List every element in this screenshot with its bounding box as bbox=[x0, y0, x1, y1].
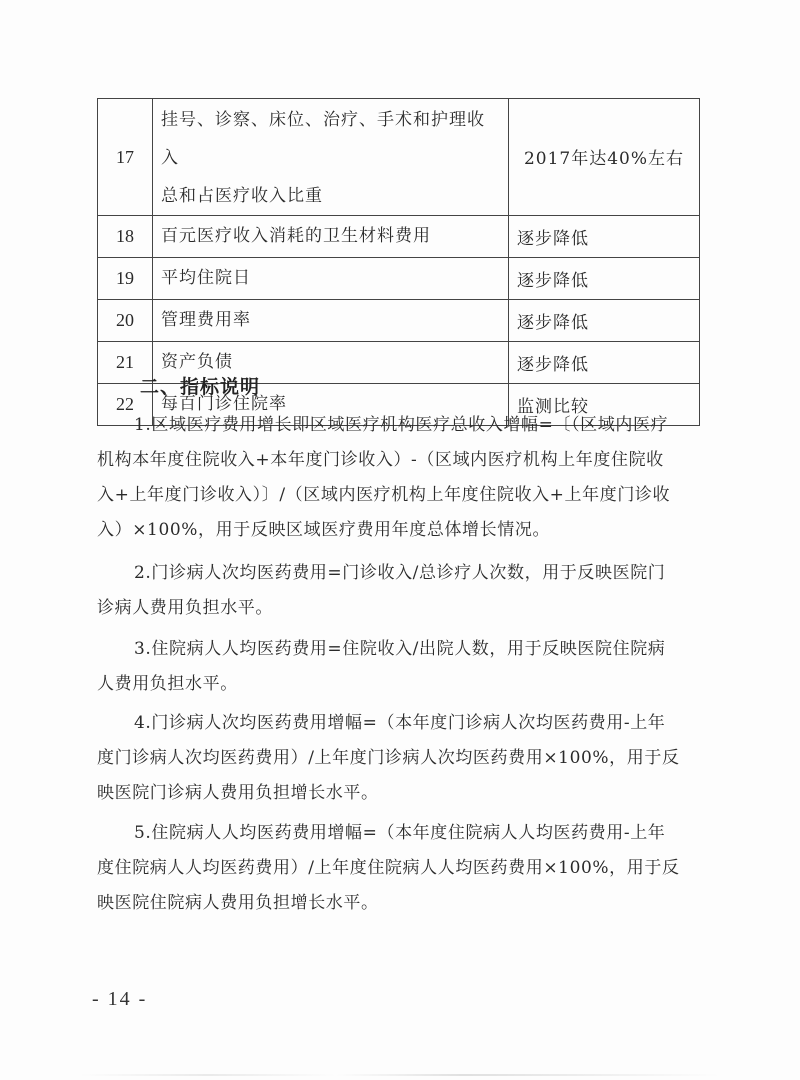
table-row: 19 平均住院日 逐步降低 bbox=[98, 258, 700, 300]
indicator-target: 逐步降低 bbox=[509, 300, 700, 342]
document-page: 17 挂号、诊察、床位、治疗、手术和护理收入 总和占医疗收入比重 2017年达4… bbox=[0, 0, 800, 1080]
paragraph-line: 3.住院病人人均医药费用=住院收入/出院人数，用于反映医院住院病 bbox=[97, 632, 697, 667]
paragraph-line: 映医院住院病人费用负担增长水平。 bbox=[97, 886, 697, 921]
indicator-name: 百元医疗收入消耗的卫生材料费用 bbox=[153, 216, 509, 258]
table-row: 20 管理费用率 逐步降低 bbox=[98, 300, 700, 342]
paragraph-2: 2.门诊病人次均医药费用=门诊收入/总诊疗人次数，用于反映医院门 诊病人费用负担… bbox=[97, 556, 697, 626]
paragraph-line: 人费用负担水平。 bbox=[97, 667, 697, 702]
row-number: 20 bbox=[98, 300, 153, 342]
row-number: 17 bbox=[98, 99, 153, 216]
table-row: 18 百元医疗收入消耗的卫生材料费用 逐步降低 bbox=[98, 216, 700, 258]
page-number: - 14 - bbox=[92, 988, 147, 1011]
indicator-name: 管理费用率 bbox=[153, 300, 509, 342]
indicator-target: 逐步降低 bbox=[509, 342, 700, 384]
paragraph-line: 1.区域医疗费用增长即区域医疗机构医疗总收入增幅=〔（区域内医疗 bbox=[97, 408, 697, 443]
paragraph-1: 1.区域医疗费用增长即区域医疗机构医疗总收入增幅=〔（区域内医疗 机构本年度住院… bbox=[97, 408, 697, 548]
indicator-name-line: 总和占医疗收入比重 bbox=[161, 177, 500, 215]
row-number: 19 bbox=[98, 258, 153, 300]
indicator-target: 2017年达40%左右 bbox=[509, 99, 700, 216]
paragraph-3: 3.住院病人人均医药费用=住院收入/出院人数，用于反映医院住院病 人费用负担水平… bbox=[97, 632, 697, 702]
section-heading: 二、指标说明 bbox=[140, 372, 260, 399]
paragraph-line: 2.门诊病人次均医药费用=门诊收入/总诊疗人次数，用于反映医院门 bbox=[97, 556, 697, 591]
indicator-target: 逐步降低 bbox=[509, 258, 700, 300]
paragraph-line: 入+上年度门诊收入）〕/（区域内医疗机构上年度住院收入+上年度门诊收 bbox=[97, 478, 697, 513]
indicator-name: 挂号、诊察、床位、治疗、手术和护理收入 总和占医疗收入比重 bbox=[153, 99, 509, 216]
row-number: 18 bbox=[98, 216, 153, 258]
paragraph-line: 映医院门诊病人费用负担增长水平。 bbox=[97, 776, 697, 811]
paragraph-line: 机构本年度住院收入+本年度门诊收入）-（区域内医疗机构上年度住院收 bbox=[97, 443, 697, 478]
indicator-target: 逐步降低 bbox=[509, 216, 700, 258]
paragraph-line: 入）×100%，用于反映区域医疗费用年度总体增长情况。 bbox=[97, 513, 697, 548]
indicator-name: 平均住院日 bbox=[153, 258, 509, 300]
indicator-name-line: 挂号、诊察、床位、治疗、手术和护理收入 bbox=[161, 101, 500, 177]
table-row: 17 挂号、诊察、床位、治疗、手术和护理收入 总和占医疗收入比重 2017年达4… bbox=[98, 99, 700, 216]
paragraph-5: 5.住院病人人均医药费用增幅=（本年度住院病人人均医药费用-上年 度住院病人人均… bbox=[97, 816, 697, 921]
paragraph-line: 度门诊病人次均医药费用）/上年度门诊病人次均医药费用×100%，用于反 bbox=[97, 741, 697, 776]
paragraph-4: 4.门诊病人次均医药费用增幅=（本年度门诊病人次均医药费用-上年 度门诊病人次均… bbox=[97, 706, 697, 811]
scan-artifact bbox=[80, 1074, 720, 1076]
paragraph-line: 5.住院病人人均医药费用增幅=（本年度住院病人人均医药费用-上年 bbox=[97, 816, 697, 851]
paragraph-line: 度住院病人人均医药费用）/上年度住院病人人均医药费用×100%，用于反 bbox=[97, 851, 697, 886]
paragraph-line: 4.门诊病人次均医药费用增幅=（本年度门诊病人次均医药费用-上年 bbox=[97, 706, 697, 741]
paragraph-line: 诊病人费用负担水平。 bbox=[97, 591, 697, 626]
